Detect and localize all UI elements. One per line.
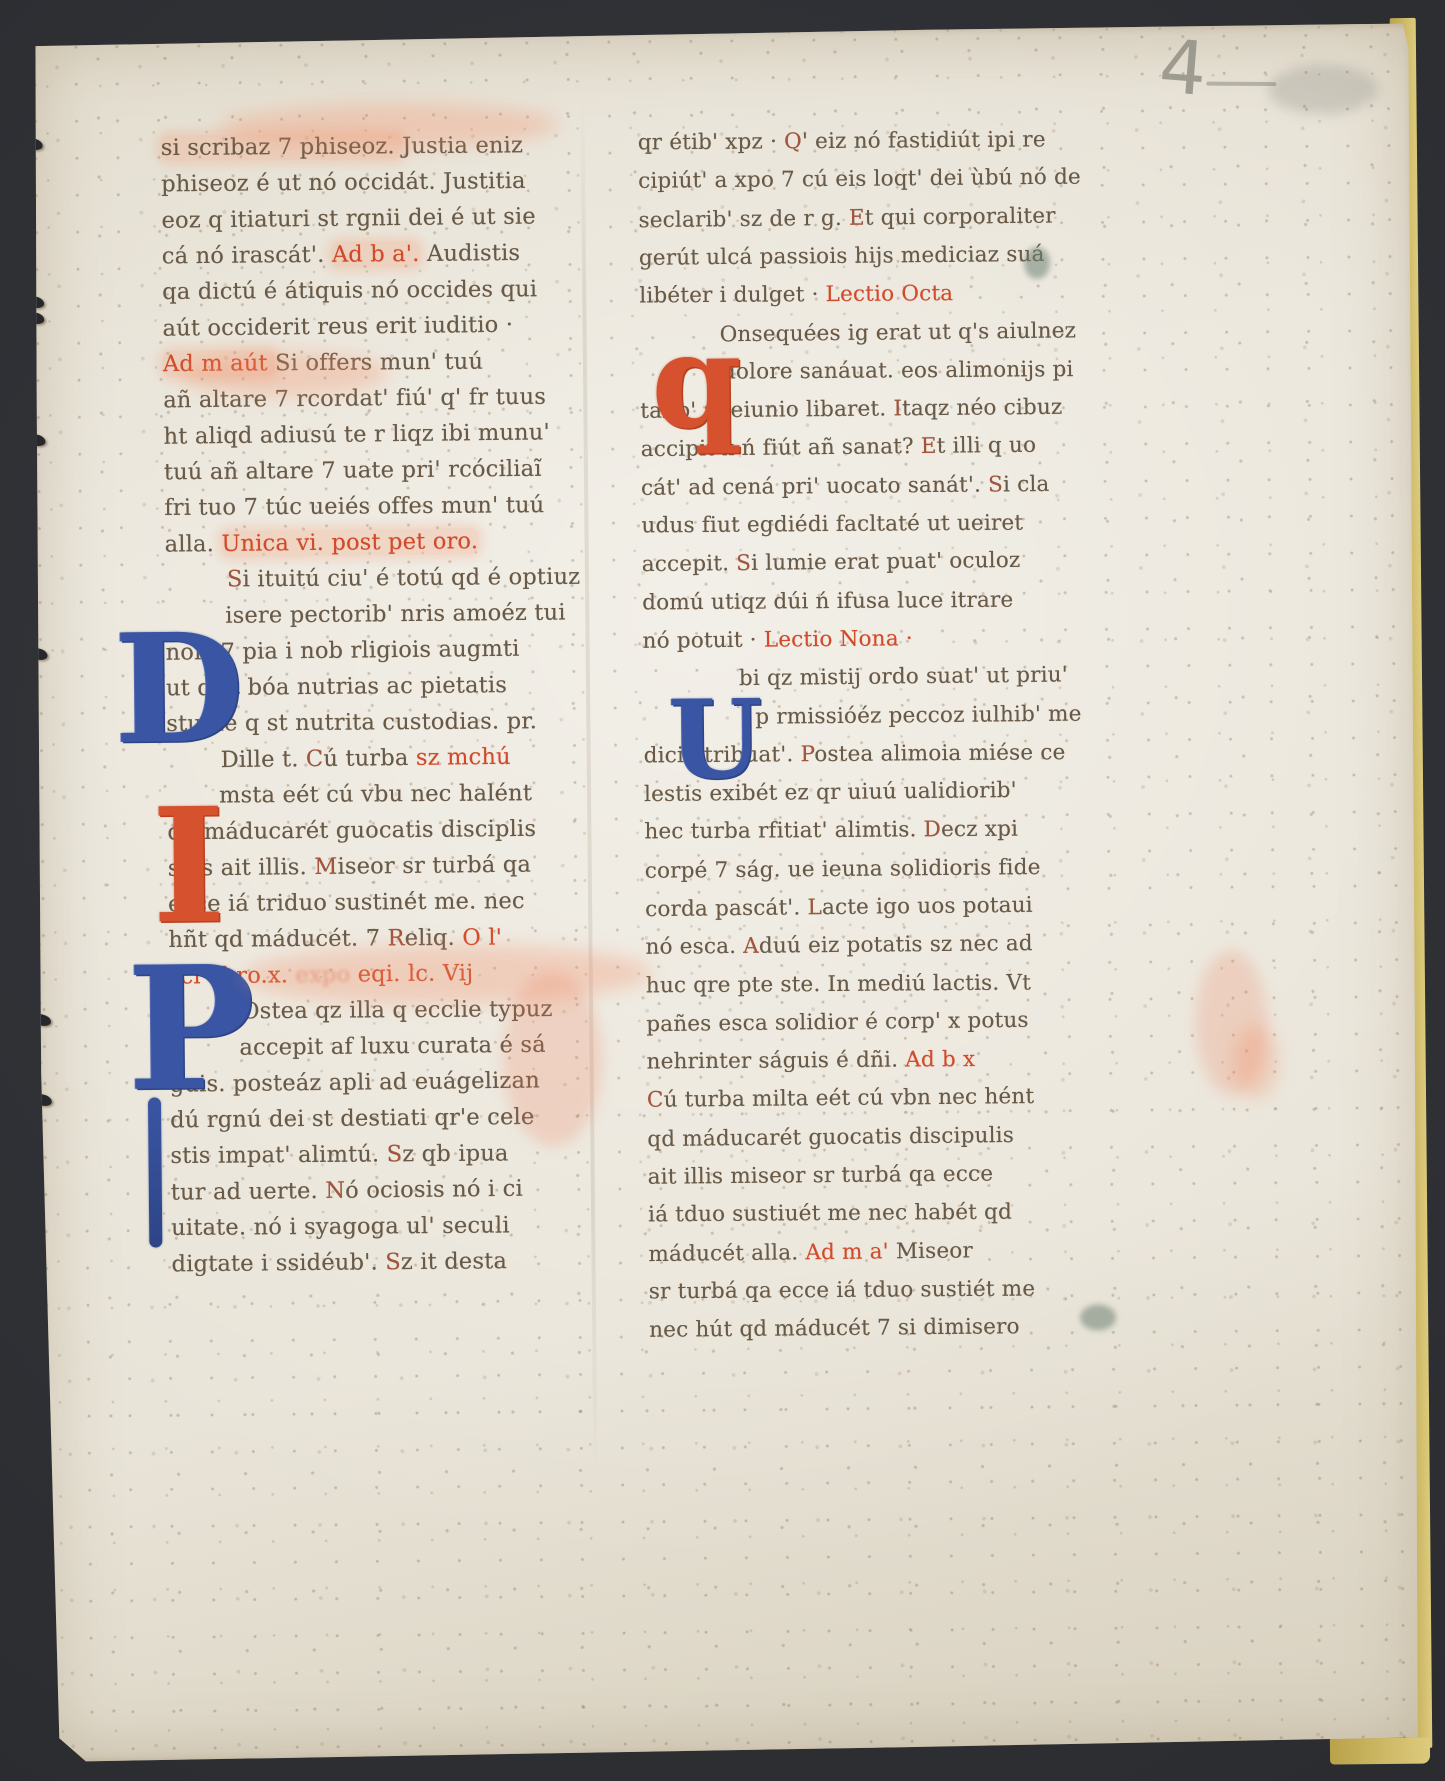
body-text: ecz xpi <box>941 817 1018 843</box>
text-line: tur ad uerte. Nó ociosis nó i ci <box>171 1176 523 1206</box>
text-line: qr étib' xpz · Q' eiz nó fastidiút ipi r… <box>638 127 1046 155</box>
body-text: C <box>647 1088 664 1113</box>
initial-I: I <box>151 805 226 929</box>
text-line: iá tduo sustiuét me nec habét qd <box>648 1200 1012 1228</box>
body-text: nec hút qd máducét 7 si dimisero <box>649 1314 1020 1343</box>
text-line: stis impat' alimtú. Sz qb ipua <box>170 1140 508 1169</box>
body-text: duú eiz potatis sz nec ad <box>759 931 1033 959</box>
sewing-hole <box>32 1013 52 1027</box>
text-line: eoz q itiaturi st rgnii dei é ut sie <box>161 203 536 233</box>
body-text: N <box>325 1178 345 1204</box>
body-text: S <box>387 1141 403 1167</box>
bleedthrough-left <box>502 971 604 1147</box>
pencil-smudge <box>1268 64 1378 115</box>
sewing-hole <box>29 647 49 661</box>
body-text: uitate. nó i syagoga ul' seculi <box>171 1212 510 1241</box>
body-text: M <box>314 854 338 880</box>
text-line: isere pectorib' nris amoéz tui <box>225 600 566 629</box>
body-text: qa dictú é átiquis nó occides qui <box>162 276 537 305</box>
body-text: i lumie erat puat' oculoz <box>751 548 1021 576</box>
initial-V: U <box>668 698 763 783</box>
body-text: ú turba <box>323 745 416 772</box>
text-line: corpé 7 ság. ue ieuna solidioris fide <box>645 855 1041 884</box>
body-text: sr turbá qa ecce iá tduo sustiét me <box>649 1276 1036 1304</box>
body-text: C <box>306 746 324 772</box>
text-line: nehrinter ságuis é dñi. Ad b x <box>647 1047 976 1074</box>
rubric-text: Lectio Nona · <box>764 626 913 652</box>
body-text: L <box>807 895 822 920</box>
body-text: Onsequées ig erat ut q's aiulnez <box>720 318 1077 347</box>
body-text: ait illis miseor sr turbá qa ecce <box>648 1161 994 1189</box>
text-line: gerút ulcá passiois hijs mediciaz suá <box>639 242 1045 271</box>
text-line: cát' ad cená pri' uocato sanát'. Si cla <box>641 472 1050 501</box>
body-text: I <box>893 396 902 421</box>
body-text: qr étib' xpz · <box>638 129 785 155</box>
photo-background: 4 si scribaz 7 phiseoz. Justia enizphise… <box>0 0 1445 1781</box>
body-text: accepit. <box>642 551 737 577</box>
body-text: huc qre pte ste. In mediú lactis. Vt <box>646 970 1031 998</box>
body-text: cipiút' a xpo 7 cú eis loqt' dei ùbú nó … <box>638 165 1081 194</box>
text-line: cá nó irascát'. Ad b a'. Audistis <box>162 240 521 269</box>
sewing-hole <box>27 433 47 447</box>
body-text: ostea alimoia miése ce <box>814 740 1065 767</box>
body-text: z it desta <box>401 1248 507 1275</box>
body-text: corpé 7 ság. ue ieuna solidioris fide <box>645 855 1041 884</box>
body-text: eoz q itiaturi st rgnii dei é ut sie <box>161 203 536 233</box>
green-stain-upper <box>1024 247 1050 279</box>
center-crease <box>580 101 597 1481</box>
body-text: Q <box>784 129 802 154</box>
text-line: alla. Unica vi. post pet oro. <box>164 528 478 558</box>
body-text: acte igo uos potaui <box>822 893 1033 920</box>
rubric-text: Lectio Octa <box>826 281 954 307</box>
body-text: qd máducarét guocatis discipulis <box>647 1123 1014 1152</box>
manuscript-leaf: 4 si scribaz 7 phiseoz. Justia enizphise… <box>28 23 1429 1762</box>
body-text: cát' ad cená pri' uocato sanát'. <box>641 472 988 500</box>
body-text: nó potuit · <box>642 628 763 654</box>
body-text: isere pectorib' nris amoéz tui <box>225 600 566 629</box>
sewing-hole <box>33 1093 53 1107</box>
rubric-text: Ad b x <box>905 1047 975 1073</box>
text-line: phiseoz é ut nó occidát. Justitia <box>161 168 526 197</box>
text-line: pañes esca solidior é corp' x potus <box>646 1008 1029 1037</box>
body-text: domú utiqz dúi ń ifusa luce itrare <box>642 588 1013 616</box>
text-line: nó potuit · Lectio Nona · <box>642 626 913 654</box>
sewing-hole <box>25 295 45 309</box>
text-line: fri tuo 7 túc ueiés offes mun' tuú <box>164 492 544 521</box>
body-text: P <box>800 742 814 767</box>
text-line: hec turba rfitiat' alimtis. Decz xpi <box>644 817 1018 845</box>
body-text: E <box>849 206 865 231</box>
body-text: Miseor <box>889 1238 973 1264</box>
text-line: ht aliqd adiusú te r liqz ibi munu' <box>163 419 550 449</box>
body-text: aút occiderit reus erit iuditio · <box>162 312 513 342</box>
body-text: msta eét cú vbu nec halént <box>219 780 532 808</box>
body-text: gerút ulcá passiois hijs mediciaz suá <box>639 242 1045 271</box>
sewing-hole <box>24 137 44 151</box>
rubric-text: Unica vi. post pet oro. <box>221 528 478 557</box>
text-line: p rmissióéz peccoz iulhib' me <box>755 702 1082 730</box>
body-text: taqz néo cibuz <box>902 395 1063 422</box>
body-text: ó ociosis nó i ci <box>345 1176 523 1204</box>
orange-smudge <box>1233 1025 1278 1099</box>
body-text: S <box>227 566 243 592</box>
initial-D: D <box>113 631 244 749</box>
body-text: t illi q uo <box>937 433 1037 459</box>
body-text: digtate i ssidéub'. <box>171 1249 385 1277</box>
text-line: qd máducarét guocatis discipulis <box>647 1123 1014 1152</box>
body-text: iá tduo sustiuét me nec habét qd <box>648 1200 1012 1228</box>
rubric-text: Ad b a'. <box>332 241 420 268</box>
text-line: uitate. nó i syagoga ul' seculi <box>171 1212 510 1241</box>
body-text: p rmissióéz peccoz iulhib' me <box>755 702 1082 730</box>
body-text: ht aliqd adiusú te r liqz ibi munu' <box>163 419 550 449</box>
body-text: dolore sanáuat. eos alimonijs pi <box>722 357 1074 385</box>
body-text: A <box>743 934 759 959</box>
body-text: seclarib' sz de r g. <box>638 206 849 233</box>
body-text: ' eiz nó fastidiút ipi re <box>802 127 1046 154</box>
text-line: msta eét cú vbu nec halént <box>219 780 532 808</box>
body-text: i ituitú ciu' é totú qd é optiuz <box>242 564 580 593</box>
body-text: Audistis <box>419 240 520 267</box>
initial-C: q <box>651 330 743 432</box>
body-text: tur ad uerte. <box>171 1178 326 1206</box>
text-line: sr turbá qa ecce iá tduo sustiét me <box>649 1276 1036 1304</box>
text-line: huc qre pte ste. In mediú lactis. Vt <box>646 970 1031 998</box>
text-line: máducét alla. Ad m a' Miseor <box>648 1238 973 1267</box>
text-line: Onsequées ig erat ut q's aiulnez <box>720 318 1077 347</box>
body-text: corda pascát'. <box>645 895 808 922</box>
text-line: Dille t. Cú turba sz mchú <box>221 744 511 773</box>
text-line: nó esca. Aduú eiz potatis sz nec ad <box>645 931 1033 960</box>
text-line: aút occiderit reus erit iuditio · <box>162 312 513 342</box>
body-text: i cla <box>1003 472 1050 497</box>
text-line: accepit. Si lumie erat puat' oculoz <box>642 548 1021 577</box>
body-text: S <box>736 551 751 576</box>
text-line: qa dictú é átiquis nó occides qui <box>162 276 537 305</box>
body-text: z qb ipua <box>402 1140 508 1167</box>
body-text: tuú añ altare 7 uate pri' rcóciliaĩ <box>164 456 542 486</box>
text-line: Si ituitú ciu' é totú qd é optiuz <box>227 564 580 593</box>
text-line: cipiút' a xpo 7 cú eis loqt' dei ùbú nó … <box>638 165 1081 194</box>
body-text: accepit af luxu curata é sá <box>239 1032 546 1061</box>
body-text: phiseoz é ut nó occidát. Justitia <box>161 168 526 197</box>
text-line: corda pascát'. Lacte igo uos potaui <box>645 893 1033 922</box>
rubric-text: sz mchú <box>416 744 511 771</box>
body-text: S <box>385 1249 401 1275</box>
body-text: cá nó irascát'. <box>162 242 332 270</box>
body-text: nehrinter ságuis é dñi. <box>647 1048 906 1075</box>
body-text: alla. <box>164 531 221 558</box>
rubric-text: Ad m a' <box>805 1239 889 1265</box>
sewing-hole <box>26 311 46 325</box>
body-text: pañes esca solidior é corp' x potus <box>646 1008 1029 1037</box>
initial-P: P <box>127 963 256 1097</box>
body-text: máducét alla. <box>648 1240 805 1267</box>
text-line: Cú turba milta eét cú vbn nec hént <box>647 1084 1035 1113</box>
text-line: tuú añ altare 7 uate pri' rcóciliaĩ <box>164 456 542 486</box>
body-text: stis impat' alimtú. <box>170 1141 386 1169</box>
body-text: udus fiut egdiédi facltaté ut ueiret <box>641 511 1023 539</box>
body-text: hec turba rfitiat' alimtis. <box>644 817 923 844</box>
text-line: domú utiqz dúi ń ifusa luce itrare <box>642 588 1013 616</box>
text-line: nec hút qd máducét 7 si dimisero <box>649 1314 1020 1343</box>
folio-number-digit: 4 <box>1156 24 1210 113</box>
body-text: iseor sr turbá qa <box>337 852 531 880</box>
body-text: ú turba milta eét cú vbn nec hént <box>664 1084 1035 1113</box>
body-text: fri tuo 7 túc ueiés offes mun' tuú <box>164 492 544 521</box>
text-line: seclarib' sz de r g. Et qui corporaliter <box>638 203 1055 233</box>
initial-P-descender <box>148 1097 162 1247</box>
text-line: dolore sanáuat. eos alimonijs pi <box>722 357 1074 385</box>
text-line: udus fiut egdiédi facltaté ut ueiret <box>641 511 1023 539</box>
text-line: accepit af luxu curata é sá <box>239 1032 546 1061</box>
body-text: E <box>921 434 937 459</box>
underlying-leaf-gilt-edge-bottom <box>1330 1738 1430 1765</box>
body-text: bi qz mistij ordo suat' ut priu' <box>739 662 1068 691</box>
text-line: ait illis miseor sr turbá qa ecce <box>648 1161 994 1189</box>
body-text: D <box>924 817 942 842</box>
body-text: S <box>988 472 1003 497</box>
body-text: t qui corporaliter <box>865 203 1056 230</box>
text-line: digtate i ssidéub'. Sz it desta <box>171 1248 507 1277</box>
text-line: bi qz mistij ordo suat' ut priu' <box>739 662 1068 691</box>
folio-flourish <box>1206 82 1276 87</box>
body-text: nó esca. <box>645 934 743 960</box>
